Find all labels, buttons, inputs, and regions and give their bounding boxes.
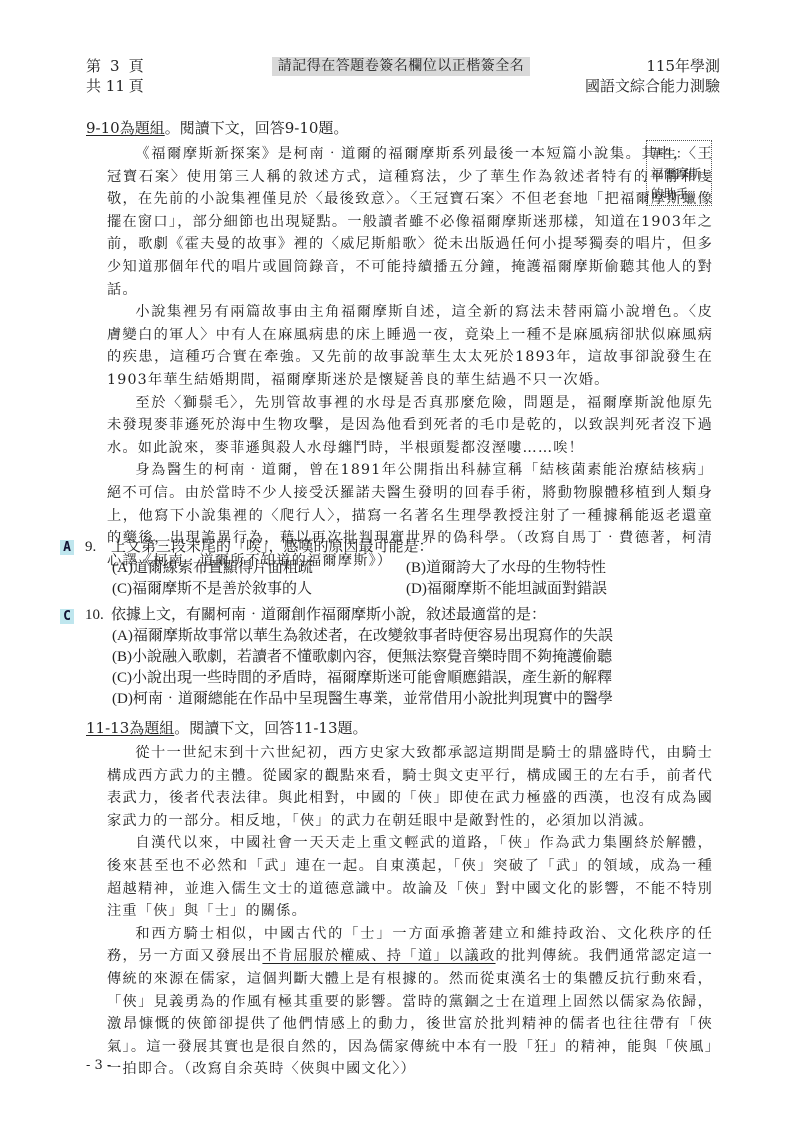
option-a[interactable]: (A)福爾摩斯故事常以華生為敘述者，在改變敘事者時便容易出現寫作的失誤 [112,626,613,647]
group-instruction: 。閱讀下文，回答9-10題。 [165,119,349,137]
option-b[interactable]: (B)小說融入歌劇，若讀者不懂歌劇內容，便無法察覺音樂時間不夠掩護偷聽 [112,647,613,668]
option-d[interactable]: (D)柯南‧道爾總能在作品中呈現醫生專業，並常借用小說批判現實中的醫學 [112,689,613,710]
option-b[interactable]: (B)道爾誇大了水母的生物特性 [406,558,706,579]
exam-year: 115年學測 [585,56,720,76]
total-prefix: 共 [86,77,101,95]
note-line: 華生： [651,144,707,164]
option-c[interactable]: (C)小說出現一些時間的矛盾時，福爾摩斯迷可能會順應錯誤，產生新的解釋 [112,668,613,689]
option-d[interactable]: (D)福爾摩斯不能坦誠面對錯誤 [406,579,706,600]
paragraph-1: 《福爾摩斯新探案》是柯南‧道爾的福爾摩斯系列最後一本短篇小說集。其中，〈王冠寶石… [107,143,713,301]
group-instruction: 。閱讀下文，回答11-13題。 [174,719,367,737]
paragraph-2: 自漢代以來，中國社會一天天走上重文輕武的道路，「俠」作為武力集團終於解體，後來甚… [107,832,713,922]
answer-marker-q9: A [60,540,74,555]
note-line: 的助手。 [651,184,707,204]
question-number: 10. [85,605,111,626]
passage-xia: 從十一世紀末到十六世紀初，西方史家大致都承認這期間是騎士的鼎盛時代，由騎士構成西… [107,742,713,1081]
paragraph-1: 從十一世紀末到十六世紀初，西方史家大致都承認這期間是騎士的鼎盛時代，由騎士構成西… [107,742,713,832]
paragraph-3: 和西方騎士相似，中國古代的「士」一方面承擔著建立和維持政治、文化秩序的任務，另一… [107,923,713,1081]
question-stem: 依據上文，有關柯南‧道爾創作福爾摩斯小說，敘述最適當的是： [111,607,546,623]
total-pages: 11 [106,76,124,96]
page-footer-number: - 3 - [86,1058,111,1073]
group-title-9-10: 9-10為題組。閱讀下文，回答9-10題。 [86,118,348,138]
underlined-phrase: 不肯屈服於權威、持「道」以議政 [262,948,495,964]
passage-holmes: 《福爾摩斯新探案》是柯南‧道爾的福爾摩斯系列最後一本短篇小說集。其中，〈王冠寶石… [107,143,713,572]
paragraph-text: 的批判傳統。我們通常認定這一傳統的來源在儒家，這個判斷大體上是有根據的。然而從東… [107,948,713,1077]
group-label: 9-10為題組 [86,119,165,137]
question-number: 9. [85,537,111,558]
page-label-suffix: 頁 [129,57,144,75]
question-stem: 上文第三段末尾的「唉」，感嘆的原因最可能是： [111,539,434,555]
exam-subject: 國語文綜合能力測驗 [585,76,720,96]
question-10: 10.依據上文，有關柯南‧道爾創作福爾摩斯小說，敘述最適當的是： (A)福爾摩斯… [85,605,613,710]
page-header-right: 115年學測 國語文綜合能力測驗 [585,56,720,96]
group-title-11-13: 11-13為題組。閱讀下文，回答11-13題。 [86,718,368,738]
answer-marker-q10: C [60,609,74,624]
question-9: 9.上文第三段末尾的「唉」，感嘆的原因最可能是： (A)道爾線索布置顯得片面粗疏… [85,537,706,600]
options-q9: (A)道爾線索布置顯得片面粗疏 (B)道爾誇大了水母的生物特性 (C)福爾摩斯不… [112,558,706,600]
note-line: 福爾摩斯 [651,164,707,184]
page-number: 3 [106,56,124,76]
group-label: 11-13為題組 [86,719,174,737]
page-number-line: 第 3 頁 [86,56,144,76]
paragraph-2: 小說集裡另有兩篇故事由主角福爾摩斯自述，這全新的寫法未替兩篇小說增色。〈皮膚變白… [107,301,713,391]
option-c[interactable]: (C)福爾摩斯不是善於敘事的人 [112,579,406,600]
options-q10: (A)福爾摩斯故事常以華生為敘述者，在改變敘事者時便容易出現寫作的失誤 (B)小… [112,626,613,710]
option-a[interactable]: (A)道爾線索布置顯得片面粗疏 [112,558,406,579]
annotation-box-watson: 華生： 福爾摩斯 的助手。 [646,140,712,206]
total-suffix: 頁 [129,77,144,95]
page-header-left: 第 3 頁 共 11 頁 [86,56,144,96]
page-label-prefix: 第 [86,57,101,75]
signature-notice: 請記得在答題卷簽名欄位以正楷簽全名 [272,57,530,76]
paragraph-3: 至於〈獅鬃毛〉，先別管故事裡的水母是否真那麼危險，問題是，福爾摩斯說他原先未發現… [107,392,713,460]
total-pages-line: 共 11 頁 [86,76,144,96]
